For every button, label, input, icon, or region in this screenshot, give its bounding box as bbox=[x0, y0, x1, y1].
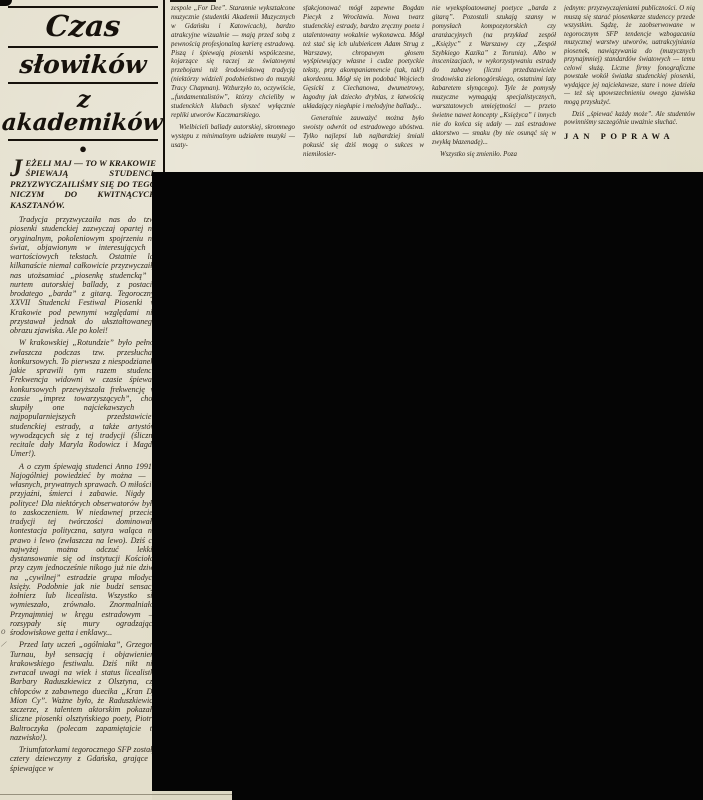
margin-handwriting-mark: o bbox=[1, 627, 6, 636]
body-paragraph: Dziś „śpiewać każdy może”. Ale studentów… bbox=[564, 111, 695, 128]
scan-artifact-bottom-patch bbox=[152, 791, 232, 800]
newspaper-page: Czas słowików z akademików ● JEŻELI MAJ … bbox=[0, 0, 703, 800]
text-column-3: sfakcjonować mógł zapewne Bogdan Piecyk … bbox=[303, 5, 424, 174]
text-column-2: zespole „For Dee”. Starannie wykształcon… bbox=[171, 5, 295, 174]
body-paragraph: Triumfatorkami tegorocznego SFP zostały … bbox=[10, 745, 156, 773]
title-line-1: Czas bbox=[2, 10, 164, 44]
section-bullet-icon: ● bbox=[2, 143, 164, 155]
title-line-3: z akademików bbox=[2, 86, 164, 137]
body-paragraph: Wielbicieli ballady autorskiej, skromneg… bbox=[171, 124, 295, 151]
byline: JAN POPRAWA bbox=[564, 131, 695, 141]
lead-paragraph: JEŻELI MAJ — TO W KRAKOWIE ŚPIEWAJĄ STUD… bbox=[10, 158, 156, 210]
body-paragraph: jednym: przyzwyczajeniami publiczności. … bbox=[564, 5, 695, 108]
lead-text: EŻELI MAJ — TO W KRAKOWIE ŚPIEWAJĄ STUDE… bbox=[10, 158, 156, 210]
body-paragraph: nie wyeksploatowanej poetyce „barda z gi… bbox=[432, 5, 556, 148]
drop-cap: J bbox=[10, 158, 26, 178]
text-column-4: nie wyeksploatowanej poetyce „barda z gi… bbox=[432, 5, 556, 174]
body-paragraph: Przed laty uczeń „ogólniaka”, Grzegorz T… bbox=[10, 640, 156, 742]
body-paragraph: Tradycja przyzwyczaiła nas do tzw. piose… bbox=[10, 215, 156, 335]
article-title: Czas słowików z akademików ● bbox=[2, 6, 164, 155]
body-paragraph: zespole „For Dee”. Starannie wykształcon… bbox=[171, 5, 295, 121]
title-rule bbox=[8, 82, 158, 84]
title-line-2: słowików bbox=[2, 50, 164, 80]
body-paragraph: sfakcjonować mógł zapewne Bogdan Piecyk … bbox=[303, 5, 424, 112]
title-rule bbox=[8, 6, 158, 8]
left-column: Czas słowików z akademików ● JEŻELI MAJ … bbox=[2, 4, 164, 796]
continuation-columns: zespole „For Dee”. Starannie wykształcon… bbox=[171, 5, 703, 174]
photo-block bbox=[152, 172, 703, 800]
left-column-body: Tradycja przyzwyczaiła nas do tzw. piose… bbox=[2, 215, 164, 773]
body-paragraph: Wszystko się zmieniło. Poza bbox=[432, 151, 556, 160]
text-column-5: jednym: przyzwyczajeniami publiczności. … bbox=[564, 5, 695, 174]
title-rule bbox=[8, 46, 158, 48]
body-paragraph: A o czym śpiewają studenci Anno 1991? Na… bbox=[10, 462, 156, 638]
body-paragraph: W krakowskiej „Rotundzie” było pełno, zw… bbox=[10, 338, 156, 458]
body-paragraph: Generalnie zauważyć można było swoisty o… bbox=[303, 115, 424, 160]
scan-artifact-bottom-line bbox=[0, 794, 232, 795]
scan-artifact-edge bbox=[170, 0, 216, 2]
column-divider-rule bbox=[163, 0, 165, 176]
